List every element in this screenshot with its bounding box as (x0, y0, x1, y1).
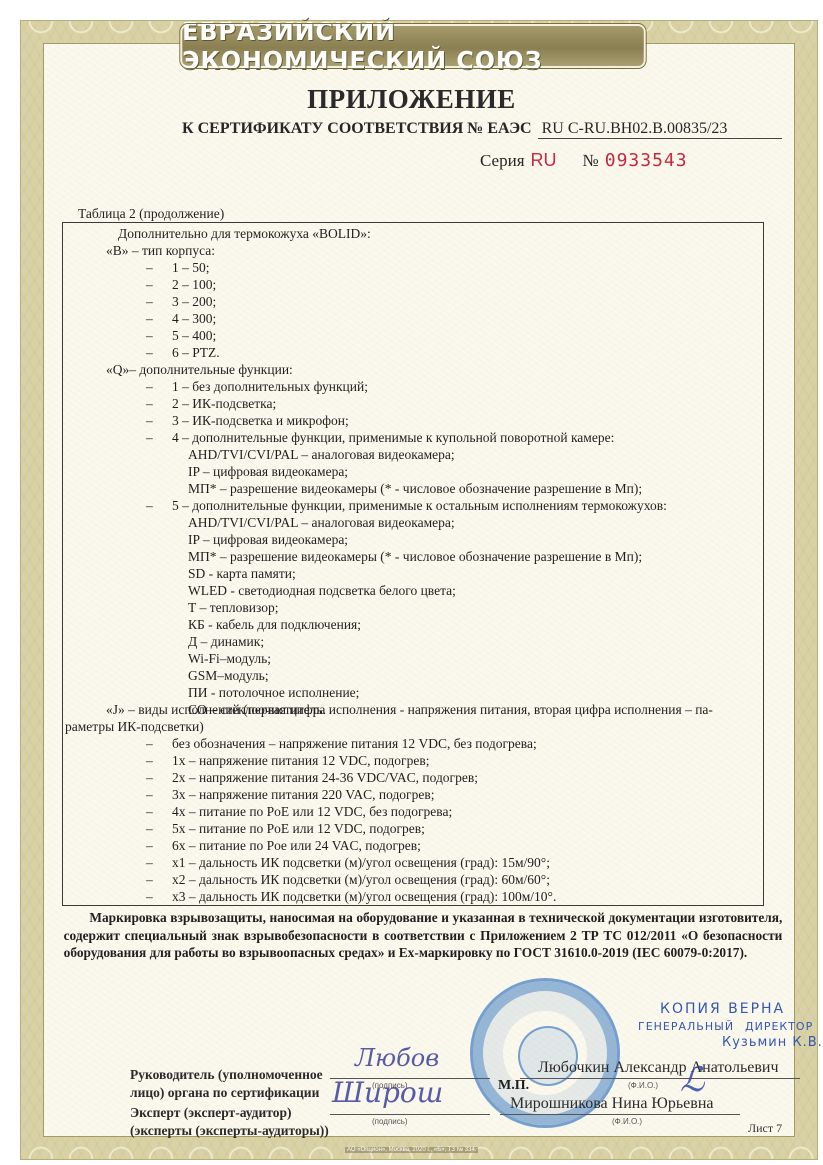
list-item-text: 2x – напряжение питания 24-36 VDC/VAC, п… (172, 770, 478, 785)
head-name: Любочкин Александр Анатольевич (538, 1059, 779, 1077)
list-item: –x3 – дальность ИК подсветки (м)/угол ос… (146, 888, 556, 905)
certificate-line: К СЕРТИФИКАТУ СООТВЕТСТВИЯ № ЕАЭС RU C-R… (182, 120, 782, 139)
bullet-dash: – (146, 378, 172, 395)
certificate-label: К СЕРТИФИКАТУ СООТВЕТСТВИЯ № ЕАЭС (182, 120, 532, 138)
list-item: –1 – без дополнительных функций; (146, 378, 368, 395)
list-item: –2x – напряжение питания 24-36 VDC/VAC, … (146, 769, 478, 786)
list-item-text: x2 – дальность ИК подсветки (м)/угол осв… (172, 872, 550, 887)
list-item: –1x – напряжение питания 12 VDC, подогре… (146, 752, 429, 769)
list-item: КБ - кабель для подключения; (188, 616, 361, 633)
list-item: Д – динамик; (188, 633, 264, 650)
list-item-text: 5x – питание по PoE или 12 VDC, подогрев… (172, 821, 425, 836)
list-item-text: без обозначения – напряжение питания 12 … (172, 736, 537, 751)
section-j-heading-1: «J» – виды исполнений (первая цифра испо… (106, 701, 713, 718)
bullet-dash: – (146, 276, 172, 293)
bullet-dash: – (146, 769, 172, 786)
list-item-text: 4 – дополнительные функции, применимые к… (172, 430, 614, 445)
expert-fio-caption: (Ф.И.О.) (612, 1117, 642, 1126)
bullet-dash: – (146, 395, 172, 412)
list-item-text: МП* – разрешение видеокамеры (* - числов… (188, 549, 642, 564)
bullet-dash: – (146, 854, 172, 871)
list-item-text: Д – динамик; (188, 634, 264, 649)
bullet-dash: – (146, 412, 172, 429)
list-item-text: 3 – ИК-подсветка и микрофон; (172, 413, 349, 428)
copy-stamp-name: Кузьмин К.В. (722, 1035, 823, 1050)
list-item-text: AHD/TVI/CVI/PAL – аналоговая видеокамера… (188, 447, 455, 462)
list-item: –6x – питание по Poe или 24 VAC, подогре… (146, 837, 421, 854)
bullet-dash: – (146, 293, 172, 310)
list-item: –6 – PTZ. (146, 344, 220, 361)
bullet-dash: – (146, 837, 172, 854)
list-item: AHD/TVI/CVI/PAL – аналоговая видеокамера… (188, 514, 455, 531)
bullet-dash: – (146, 327, 172, 344)
bullet-dash: – (146, 871, 172, 888)
list-item: –x2 – дальность ИК подсветки (м)/угол ос… (146, 871, 550, 888)
list-item-text: SD - карта памяти; (188, 566, 296, 581)
list-item: –5x – питание по PoE или 12 VDC, подогре… (146, 820, 425, 837)
list-item-text: x3 – дальность ИК подсветки (м)/угол осв… (172, 889, 556, 904)
list-item: –3x – напряжение питания 220 VAC, подогр… (146, 786, 434, 803)
list-item-text: 2 – 100; (172, 277, 216, 292)
list-item-text: КБ - кабель для подключения; (188, 617, 361, 632)
table-intro: Дополнительно для термокожуха «BOLID»: (118, 225, 371, 242)
copy-stamp-title: КОПИЯ ВЕРНА (660, 1001, 785, 1017)
list-item: МП* – разрешение видеокамеры (* - числов… (188, 548, 642, 565)
list-item: IP – цифровая видеокамера; (188, 531, 348, 548)
list-item: –3 – ИК-подсветка и микрофон; (146, 412, 349, 429)
head-label: Руководитель (уполномоченное лицо) орган… (130, 1066, 323, 1102)
head-name-line (520, 1078, 800, 1079)
bullet-dash: – (146, 888, 172, 905)
list-item: AHD/TVI/CVI/PAL – аналоговая видеокамера… (188, 446, 455, 463)
seal-emblem-icon (518, 1026, 578, 1086)
list-item-text: IP – цифровая видеокамера; (188, 464, 348, 479)
list-item-text: GSM–модуль; (188, 668, 269, 683)
certificate-number: RU C-RU.BH02.B.00835/23 (538, 120, 782, 139)
expert-signature-caption: (подпись) (372, 1117, 408, 1126)
list-item: –без обозначения – напряжение питания 12… (146, 735, 537, 752)
director-signature: ℒ (680, 1060, 705, 1100)
list-item-text: МП* – разрешение видеокамеры (* - числов… (188, 481, 642, 496)
list-item-text: Т – тепловизор; (188, 600, 278, 615)
serial-number: 0933543 (605, 150, 688, 171)
page-title: ПРИЛОЖЕНИЕ (0, 84, 823, 115)
list-item: –2 – 100; (146, 276, 216, 293)
list-item-text: 1x – напряжение питания 12 VDC, подогрев… (172, 753, 429, 768)
list-item-text: 2 – ИК-подсветка; (172, 396, 276, 411)
list-item: Wi-Fi–модуль; (188, 650, 271, 667)
bullet-dash: – (146, 310, 172, 327)
expert-signature: Широш (332, 1076, 443, 1109)
expert-signature-line (330, 1114, 490, 1115)
list-item: –4 – 300; (146, 310, 216, 327)
list-item: –4 – дополнительные функции, применимые … (146, 429, 614, 446)
list-item-text: 1 – 50; (172, 260, 210, 275)
list-item: ПИ - потолочное исполнение; (188, 684, 359, 701)
list-item: GSM–модуль; (188, 667, 269, 684)
table-caption: Таблица 2 (продолжение) (78, 206, 224, 222)
series-value: RU (531, 150, 557, 171)
bullet-dash: – (146, 803, 172, 820)
bullet-dash: – (146, 429, 172, 446)
list-item: –x1 – дальность ИК подсветки (м)/угол ос… (146, 854, 550, 871)
list-item-text: 5 – 400; (172, 328, 216, 343)
list-item-text: WLED - светодиодная подсветка белого цве… (188, 583, 456, 598)
bullet-dash: – (146, 786, 172, 803)
head-signature: Любов (355, 1044, 439, 1072)
list-item-text: 3x – напряжение питания 220 VAC, подогре… (172, 787, 434, 802)
list-item-text: 6x – питание по Poe или 24 VAC, подогрев… (172, 838, 421, 853)
bullet-dash: – (146, 752, 172, 769)
series-label: Серия (480, 151, 525, 171)
seal-place-label: М.П. (498, 1078, 529, 1094)
specification-table: Дополнительно для термокожуха «BOLID»: «… (62, 222, 764, 906)
copy-stamp-position-2: ДИРЕКТОР (745, 1020, 813, 1033)
head-fio-caption: (Ф.И.О.) (628, 1081, 658, 1090)
list-item: –1 – 50; (146, 259, 210, 276)
bullet-dash: – (146, 735, 172, 752)
list-item-text: ПИ - потолочное исполнение; (188, 685, 359, 700)
union-banner: ЕВРАЗИЙСКИЙ ЭКОНОМИЧЕСКИЙ СОЮЗ (180, 24, 646, 68)
expert-label-line2: (эксперты (эксперты-аудиторы)) (130, 1122, 329, 1140)
list-item-text: IP – цифровая видеокамера; (188, 532, 348, 547)
copy-stamp-position-1: ГЕНЕРАЛЬНЫЙ (638, 1020, 734, 1033)
expert-label: Эксперт (эксперт-аудитор) (эксперты (экс… (130, 1104, 329, 1140)
list-item: –5 – 400; (146, 327, 216, 344)
list-item: SD - карта памяти; (188, 565, 296, 582)
q-item5-text: 5 – дополнительные функции, применимые к… (172, 498, 667, 513)
list-item-text: x1 – дальность ИК подсветки (м)/угол осв… (172, 855, 550, 870)
printer-imprint: АО «Опцион», Москва, 2020 г., «Б», ТЗ № … (345, 1147, 478, 1153)
list-item-text: 4 – 300; (172, 311, 216, 326)
list-item-text: Wi-Fi–модуль; (188, 651, 271, 666)
section-j-heading-2: раметры ИК-подсветки) (65, 718, 204, 735)
expert-label-line1: Эксперт (эксперт-аудитор) (130, 1104, 329, 1122)
list-item: –3 – 200; (146, 293, 216, 310)
head-label-line1: Руководитель (уполномоченное (130, 1066, 323, 1084)
list-item-text: 4x – питание по PoE или 12 VDC, без подо… (172, 804, 452, 819)
list-item: Т – тепловизор; (188, 599, 278, 616)
list-item-text: AHD/TVI/CVI/PAL – аналоговая видеокамера… (188, 515, 455, 530)
list-item: –4x – питание по PoE или 12 VDC, без под… (146, 803, 452, 820)
number-label: № (583, 151, 599, 171)
list-item: –5 – дополнительные функции, применимые … (146, 497, 667, 514)
expert-name-line (500, 1114, 740, 1115)
list-item: WLED - светодиодная подсветка белого цве… (188, 582, 456, 599)
bullet-dash: – (146, 344, 172, 361)
explosion-protection-note: Маркировка взрывозащиты, наносимая на об… (64, 909, 783, 962)
series-line: Серия RU № 0933543 (480, 150, 688, 171)
bullet-dash: – (146, 259, 172, 276)
head-label-line2: лицо) органа по сертификации (130, 1084, 323, 1102)
list-item: –2 – ИК-подсветка; (146, 395, 276, 412)
list-item: МП* – разрешение видеокамеры (* - числов… (188, 480, 642, 497)
section-b-heading: «B» – тип корпуса: (106, 242, 215, 259)
list-item-text: 1 – без дополнительных функций; (172, 379, 368, 394)
section-q-heading: «Q»– дополнительные функции: (106, 361, 293, 378)
sheet-number: Лист 7 (748, 1121, 782, 1136)
list-item: IP – цифровая видеокамера; (188, 463, 348, 480)
list-item-text: 3 – 200; (172, 294, 216, 309)
list-item-text: 6 – PTZ. (172, 345, 220, 360)
bullet-dash: – (146, 820, 172, 837)
